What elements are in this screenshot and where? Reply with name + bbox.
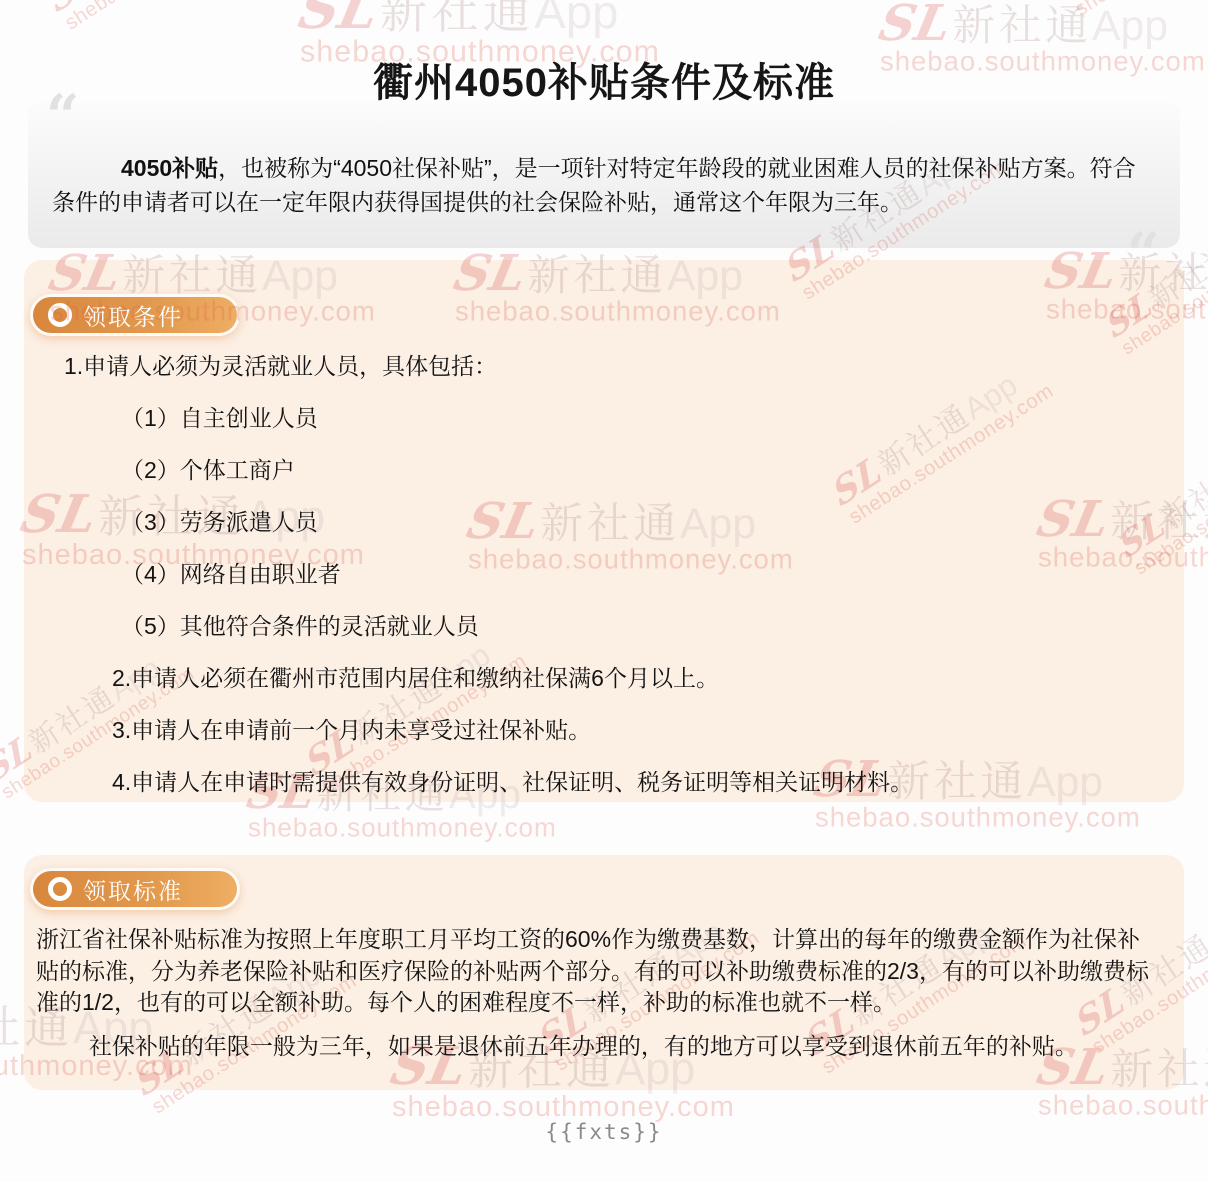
- watermark-url-text: shebao.southmoney.com: [392, 1092, 732, 1122]
- ring-icon: [48, 877, 72, 901]
- conditions-list: 1.申请人必须为灵活就业人员，具体包括： （1）自主创业人员 （2）个体工商户 …: [24, 351, 1184, 797]
- watermark-brand-suffix: App: [534, 0, 618, 39]
- watermark-tile: SL新社通Appshebao.southmoney.com: [0, 0, 106, 42]
- open-quote-icon: “: [46, 96, 79, 136]
- ring-icon: [48, 303, 72, 327]
- watermark-tile: SL新社通Appshebao.southmoney.com: [619, 0, 861, 1]
- page-title: 衢州4050补贴条件及标准: [0, 51, 1208, 108]
- list-item: （5）其他符合条件的灵活就业人员: [121, 611, 1154, 641]
- footer-placeholder: {{fxts}}: [0, 1120, 1208, 1144]
- section-conditions: 领取条件 1.申请人必须为灵活就业人员，具体包括： （1）自主创业人员 （2）个…: [24, 260, 1184, 802]
- watermark-url-text: shebao.southmoney.com: [1038, 1092, 1208, 1121]
- watermark-brand-suffix: App: [1092, 1, 1168, 49]
- section-conditions-heading-pill: 领取条件: [30, 294, 240, 336]
- section-heading-label: 领取条件: [83, 299, 183, 332]
- watermark-url-text: shebao.southmoney.com: [1071, 0, 1208, 20]
- section-standard: 领取标准 浙江省社保补贴标准为按照上年度职工月平均工资的60%作为缴费基数，计算…: [24, 855, 1184, 1090]
- paragraph: 浙江省社保补贴标准为按照上年度职工月平均工资的60%作为缴费基数，计算出的每年的…: [36, 924, 1158, 1019]
- watermark-tile: SL新社通Appshebao.southmoney.com: [43, 0, 271, 34]
- standard-paragraphs: 浙江省社保补贴标准为按照上年度职工月平均工资的60%作为缴费基数，计算出的每年的…: [24, 924, 1184, 1062]
- paragraph: 社保补贴的年限一般为三年，如果是退休前五年办理的，有的地方可以享受到退休前五年的…: [36, 1031, 1158, 1062]
- watermark-brand-suffix: App: [1200, 897, 1208, 957]
- brand-logo-icon: SL: [46, 0, 101, 17]
- watermark-url-text: shebao.southmoney.com: [61, 0, 271, 34]
- list-item: （4）网络自由职业者: [121, 559, 1154, 589]
- article-page: { "page": { "title": "衢州4050补贴条件及标准", "f…: [0, 0, 1208, 1182]
- list-item: 2.申请人必须在衢州市范围内居住和缴纳社保满6个月以上。: [112, 663, 1154, 693]
- list-item: 3.申请人在申请前一个月内未享受过社保补贴。: [112, 715, 1154, 745]
- list-item: 1.申请人必须为灵活就业人员，具体包括：: [64, 351, 1154, 381]
- watermark-brand-text: 新社通: [380, 0, 534, 39]
- watermark-url-text: shebao.southmoney.com: [639, 0, 861, 1]
- watermark-brand-text: 新社通: [952, 1, 1092, 49]
- intro-quote-box: “ 4050补贴，也被称为“4050社保补贴”，是一项针对特定年龄段的就业困难人…: [28, 100, 1180, 248]
- brand-logo-icon: SL: [1056, 0, 1111, 3]
- brand-logo-icon: SL: [875, 2, 955, 46]
- watermark-tile: SL新社通Appshebao.southmoney.com: [1053, 0, 1208, 20]
- brand-logo-icon: SL: [295, 0, 383, 34]
- list-item: （3）劳务派遣人员: [121, 507, 1154, 537]
- watermark-url-text: shebao.southmoney.com: [248, 815, 554, 842]
- close-quote-icon: “: [1127, 234, 1160, 274]
- watermark-url-text: shebao.southmoney.com: [0, 0, 106, 42]
- section-heading-label: 领取标准: [83, 873, 183, 906]
- intro-paragraph: 4050补贴，也被称为“4050社保补贴”，是一项针对特定年龄段的就业困难人员的…: [52, 151, 1158, 219]
- list-item: （1）自主创业人员: [121, 403, 1154, 433]
- watermark-url-text: shebao.southmoney.com: [815, 804, 1138, 833]
- section-standard-heading-pill: 领取标准: [30, 868, 240, 910]
- list-item: （2）个体工商户: [121, 455, 1154, 485]
- intro-lead: 4050补贴: [121, 155, 218, 181]
- list-item: 4.申请人在申请时需提供有效身份证明、社保证明、税务证明等相关证明材料。: [112, 767, 1154, 797]
